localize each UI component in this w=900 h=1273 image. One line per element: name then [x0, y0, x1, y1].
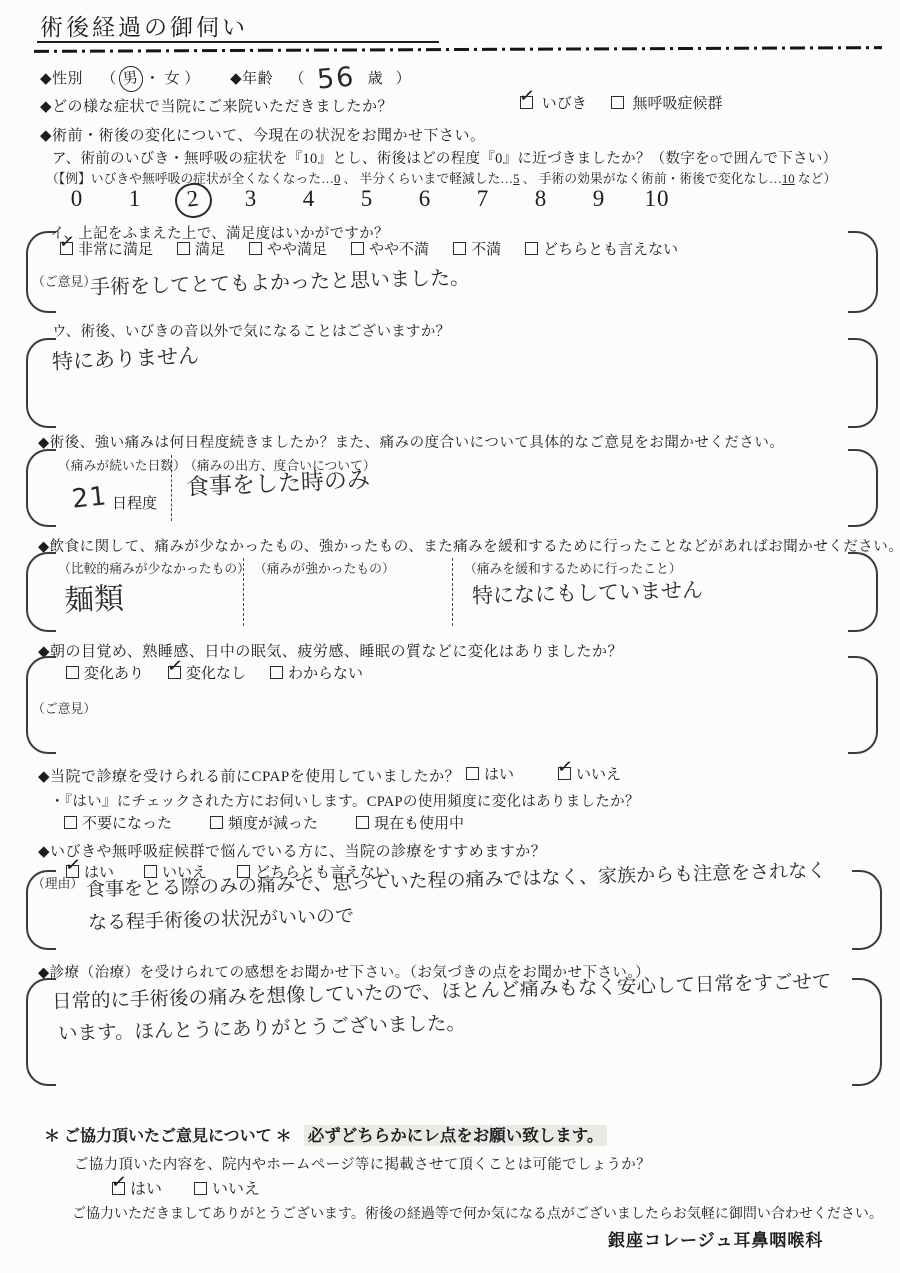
option-label: いいえ — [212, 1181, 260, 1198]
recommend-heading: ◆いびきや無呼吸症候群で悩んでいる方に、当院の診療をすすめますか？ — [38, 840, 546, 861]
option-label: 頻度が減った — [228, 816, 318, 832]
handwritten-reason-line2: なる程手術後の状況がいいので — [88, 901, 355, 935]
page-title: 術後経過の御伺い — [40, 9, 248, 42]
checkbox-icon — [60, 242, 73, 255]
option-cpap-hai[interactable]: はい — [466, 763, 514, 784]
footer-note-prefix: ＊ ご協力頂いたご意見について ＊ — [44, 1128, 292, 1145]
option-label: やや満足 — [267, 242, 327, 258]
option-cpap-iie[interactable]: いいえ — [558, 763, 621, 784]
option-label: 変化なし — [186, 666, 246, 682]
option-label: 非常に満足 — [78, 242, 153, 258]
option-label: 変化あり — [84, 666, 144, 682]
option-yaya-manzoku[interactable]: やや満足 — [249, 238, 327, 259]
footer-thanks: ご協力いただきましてありがとうございます。術後の経過等で何か気になる点がございま… — [72, 1203, 883, 1223]
option-mukokyu[interactable]: 無呼吸症候群 — [611, 92, 723, 113]
comment-label: （ご意見） — [32, 271, 96, 290]
gender-paren-close: ） — [184, 71, 200, 87]
cpap-q2-options: 不要になった 頻度が減った 現在も使用中 — [64, 812, 484, 833]
eating-col2-label: （痛みが強かったもの） — [254, 558, 395, 577]
option-henka-ari[interactable]: 変化あり — [66, 662, 144, 683]
handwritten-eating-less-pain: 麺類 — [63, 573, 125, 620]
option-label: はい — [130, 1181, 162, 1198]
option-wakaranai[interactable]: わからない — [270, 662, 363, 683]
age-unit: 歳 — [368, 71, 384, 87]
option-label: わからない — [288, 666, 363, 682]
gender-middot: ・ — [145, 71, 161, 87]
impression-box[interactable]: 日常的に手術後の痛みを想像していたので、ほとんど痛みもなく安心して日常をすごせて… — [26, 978, 882, 1086]
checkbox-icon — [270, 666, 283, 679]
pain-days-unit: 日程度 — [112, 492, 157, 513]
reason-label: （理由） — [32, 873, 83, 892]
checkbox-icon — [351, 242, 364, 255]
checkbox-icon — [611, 96, 624, 109]
checkbox-icon — [112, 1182, 125, 1195]
option-label: 不要になった — [82, 816, 172, 832]
eating-col3-label: （痛みを緩和するために行ったこと） — [464, 558, 682, 577]
sleep-comment-label: （ご意見） — [32, 698, 96, 717]
symptom-question: ◆どの様な症状で当院にご来院いただきましたか？ — [40, 95, 393, 116]
handwritten-eating-relief: 特になにもしていません — [472, 574, 704, 610]
age-paren-close: ） — [396, 71, 412, 87]
publish-question: ご協力頂いた内容を、院内やホームページ等に掲載させて頂くことは可能でしょうか？ — [74, 1153, 651, 1174]
checkbox-icon — [168, 666, 181, 679]
option-label: 現在も使用中 — [374, 816, 464, 832]
satisfaction-comment-box[interactable]: 非常に満足 満足 やや満足 やや不満 不満 どちらとも言えない （ご意見） 手術… — [26, 231, 878, 313]
checkbox-icon — [453, 242, 466, 255]
age-handwritten-value: 56 — [316, 61, 357, 95]
change-question-a: ア、術前のいびき・無呼吸の症状を『10』とし、術後はどの程度『0』に近づきました… — [52, 147, 837, 168]
checkbox-icon — [520, 96, 533, 109]
option-label: いいえ — [576, 767, 621, 783]
example-text: 、 半分くらいまで軽減した… — [340, 172, 513, 186]
checkbox-icon — [210, 816, 223, 829]
scale-3[interactable]: 3 — [222, 186, 280, 212]
age-label: ◆年齢 — [230, 71, 273, 87]
checkbox-icon — [194, 1182, 207, 1195]
option-yaya-fuman[interactable]: やや不満 — [351, 238, 429, 259]
change-example: （【例】いびきや無呼吸の症状が全くなくなった…0 、 半分くらいまで軽減した…5… — [46, 168, 836, 187]
rating-scale: 0 1 2 3 4 5 6 7 8 9 10 — [48, 186, 686, 212]
option-fuman[interactable]: 不満 — [453, 238, 501, 259]
gender-male-circled[interactable]: 男 — [117, 64, 144, 93]
checkbox-icon — [249, 242, 262, 255]
option-hindo[interactable]: 頻度が減った — [210, 812, 318, 833]
option-fuyou[interactable]: 不要になった — [64, 812, 172, 833]
sleep-comment-box[interactable]: 変化あり 変化なし わからない （ご意見） — [26, 656, 878, 754]
handwritten-other-concern: 特にありません — [51, 340, 199, 376]
option-label: やや不満 — [369, 242, 429, 258]
cpap-q1-options: はい いいえ — [466, 763, 641, 784]
other-concern-box[interactable]: 特にありません — [26, 338, 878, 428]
cpap-question-2: ・『はい』にチェックされた方にお伺いします。CPAPの使用頻度に変化はありました… — [50, 790, 640, 811]
pain-days-label: （痛みが続いた日数） — [58, 455, 186, 474]
reason-box[interactable]: （理由） 食事をとる際のみの痛みで、思っていた程の痛みではなく、家族からも注意を… — [26, 870, 882, 950]
checkbox-icon — [356, 816, 369, 829]
profile-row: ◆性別 （ 男 ・ 女 ） ◆年齢 （ 56 歳 ） — [40, 63, 411, 94]
footer-note: ＊ ご協力頂いたご意見について ＊ 必ずどちらかにレ点をお願い致します。 — [44, 1122, 607, 1146]
cpap-question-1: ◆当院で診療を受けられる前にCPAPを使用していましたか？ — [38, 765, 460, 786]
pain-box[interactable]: （痛みが続いた日数） （痛みの出方、度合いについて） 21 日程度 食事をした時… — [26, 449, 878, 527]
option-label: 満足 — [195, 242, 225, 258]
scale-5[interactable]: 5 — [338, 186, 396, 212]
eating-separator-2 — [452, 558, 453, 626]
checkbox-icon — [177, 242, 190, 255]
divider-dash-dot — [34, 46, 882, 53]
scale-0[interactable]: 0 — [48, 186, 106, 212]
scale-1[interactable]: 1 — [106, 186, 164, 212]
change-heading: ◆術前・術後の変化について、今現在の状況をお聞かせ下さい。 — [40, 124, 485, 145]
gender-paren-open: （ — [101, 71, 117, 87]
option-label: はい — [484, 767, 514, 783]
option-publish-hai[interactable]: はい — [112, 1176, 162, 1199]
checkbox-icon — [64, 816, 77, 829]
scale-10[interactable]: 10 — [628, 186, 686, 212]
option-hijoni-manzoku[interactable]: 非常に満足 — [60, 238, 153, 259]
handwritten-impression-line2: います。ほんとうにありがとうございました。 — [58, 1007, 467, 1046]
symptom-options: いびき 無呼吸症候群 — [520, 92, 743, 113]
clinic-name: 銀座コレージュ耳鼻咽喉科 — [608, 1226, 823, 1251]
option-label: いびき — [542, 96, 587, 112]
option-label: 不満 — [471, 242, 501, 258]
gender-female[interactable]: 女 — [165, 71, 181, 87]
checkbox-icon — [466, 767, 479, 780]
example-text: など） — [795, 172, 837, 186]
eating-box[interactable]: （比較的痛みが少なかったもの） （痛みが強かったもの） （痛みを緩和するために行… — [26, 552, 878, 632]
scale-6[interactable]: 6 — [396, 186, 454, 212]
option-genzai[interactable]: 現在も使用中 — [356, 812, 464, 833]
checkbox-icon — [66, 666, 79, 679]
scale-9[interactable]: 9 — [570, 186, 628, 212]
checkbox-icon — [558, 767, 571, 780]
option-label: 無呼吸症候群 — [633, 96, 723, 112]
sleep-options: 変化あり 変化なし わからない — [66, 662, 383, 683]
publish-options: はい いいえ — [112, 1176, 280, 1199]
option-label: どちらとも言えない — [543, 242, 678, 258]
option-manzoku[interactable]: 満足 — [177, 238, 225, 259]
age-paren-open: （ — [289, 71, 305, 87]
checkbox-icon — [525, 242, 538, 255]
handwritten-pain-detail: 食事をした時のみ — [185, 461, 370, 502]
scale-7[interactable]: 7 — [454, 186, 512, 212]
satisfaction-options: 非常に満足 満足 やや満足 やや不満 不満 どちらとも言えない — [60, 238, 698, 259]
handwritten-satisfaction-comment: 手術をしてとてもよかったと思いました。 — [90, 261, 471, 300]
scale-4[interactable]: 4 — [280, 186, 338, 212]
example-text: 、 手術の効果がなく術前・術後で変化なし… — [520, 172, 782, 186]
option-publish-iie[interactable]: いいえ — [194, 1176, 260, 1199]
option-ibiki[interactable]: いびき — [520, 92, 587, 113]
option-henka-nashi[interactable]: 変化なし — [168, 662, 246, 683]
gender-label: ◆性別 — [40, 71, 83, 87]
handwritten-pain-days: 21 — [71, 481, 109, 515]
option-dochira[interactable]: どちらとも言えない — [525, 238, 678, 259]
scale-8[interactable]: 8 — [512, 186, 570, 212]
questionnaire-page: 術後経過の御伺い ◆性別 （ 男 ・ 女 ） ◆年齢 （ 56 歳 ） ◆どの様… — [0, 0, 900, 1273]
title-underline — [37, 41, 439, 43]
footer-note-required: 必ずどちらかにレ点をお願い致します。 — [304, 1125, 608, 1146]
example-num-10: 10 — [782, 172, 795, 186]
scale-2[interactable]: 2 — [164, 186, 222, 212]
